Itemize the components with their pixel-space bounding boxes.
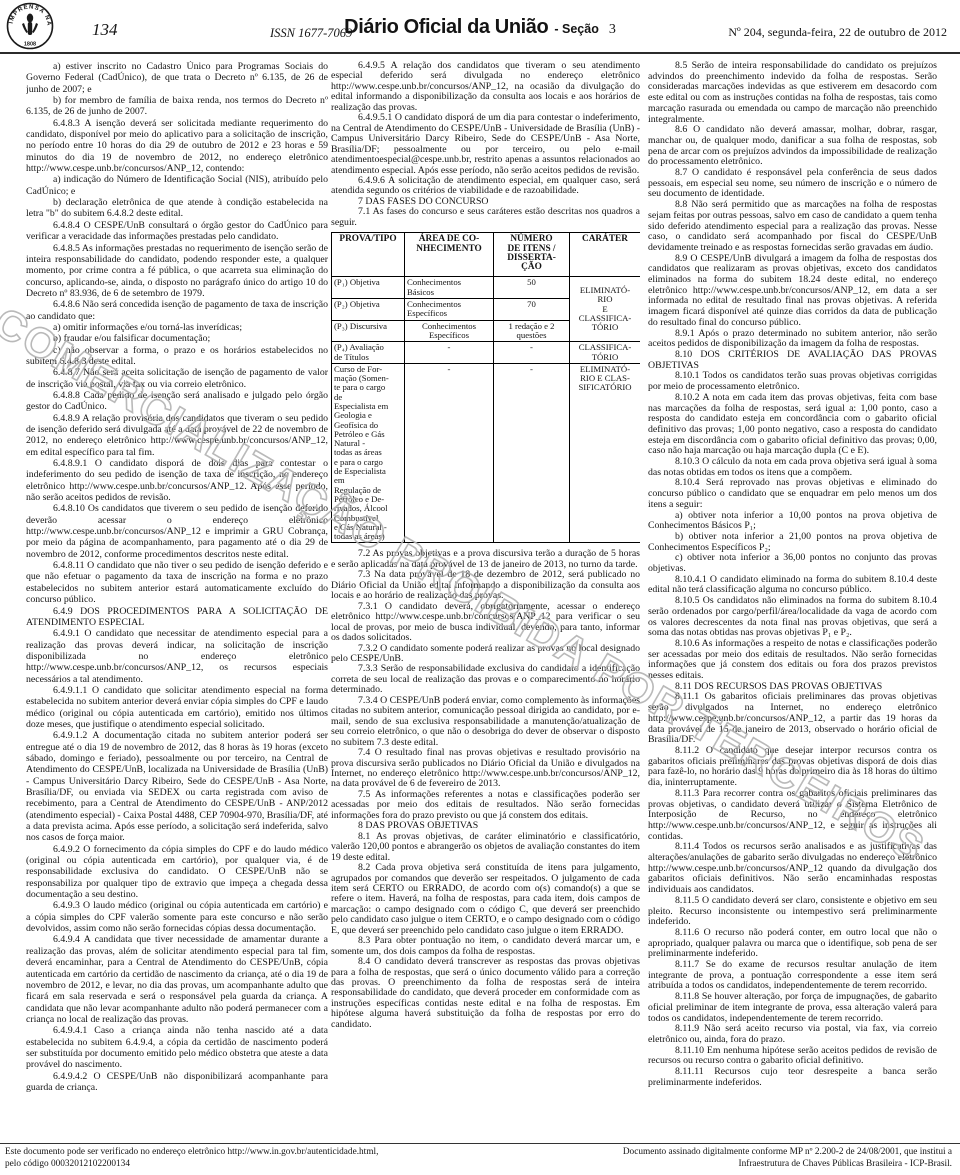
column-middle-bottom: 7.2 As provas objetivas e a prova discur… (331, 549, 640, 1030)
paragraph: 8.10.4.1 O candidato eliminado na forma … (648, 575, 937, 596)
page-number: 134 (92, 20, 118, 40)
issn: ISSN 1677-7069 (270, 26, 352, 41)
table-cell: - (494, 363, 570, 543)
paragraph: 8.11.9 Não será aceito recurso via posta… (648, 1024, 937, 1045)
paragraph: 8.11.2 O candidato que desejar interpor … (648, 746, 937, 789)
paragraph: 8.10 DOS CRITÉRIOS DE AVALIAÇÃO DAS PROV… (648, 350, 937, 371)
paragraph: 6.4.9.1.2 A documentação citada no subit… (26, 730, 328, 843)
section-number: 3 (609, 22, 616, 37)
paragraph: 8.10.4 Será reprovado nas provas objetiv… (648, 478, 937, 510)
footer-signature-line2: Infraestrutura de Chaves Públicas Brasil… (623, 1159, 952, 1171)
paragraph: 6.4.8.6 Não será concedida isenção de pa… (26, 299, 328, 322)
paragraph: 6.4.9.5 A relação dos candidatos que tiv… (331, 61, 640, 113)
table-cell: ELIMINATÓ- RIO E CLASSIFICA- TÓRIO (570, 277, 641, 342)
table-cell: - (405, 363, 494, 543)
paragraph: 7.3 Na data provável de 18 de dezembro d… (331, 570, 640, 601)
paragraph: 8.10.2 A nota em cada item das provas ob… (648, 393, 937, 457)
logo-year: 1808 (24, 42, 36, 48)
footer-verification-line1: Este documento pode ser verificado no en… (5, 1147, 378, 1159)
paragraph: 8.11.1 Os gabaritos oficiais preliminare… (648, 692, 937, 746)
edition-date: Nº 204, segunda-feira, 22 de outubro de … (728, 25, 947, 40)
paragraph: 6.4.8.3 A isenção deverá ser solicitada … (26, 118, 328, 175)
paragraph: 8.11.7 Se do exame de recursos resultar … (648, 960, 937, 992)
table-cell: Conhecimentos Básicos (405, 277, 494, 299)
paragraph: b) declaração eletrônica de que atende à… (26, 197, 328, 220)
paragraph: 8.11.3 Para recorrer contra os gabaritos… (648, 789, 937, 843)
imprensa-nacional-logo: IMPRENSA NACIONAL 1808 (6, 1, 54, 56)
table-header-row: PROVA/TIPOÁREA DE CO- NHECIMENTONÚMERO D… (332, 233, 641, 277)
paragraph: 7.5 As informações referentes a notas e … (331, 790, 640, 821)
table-cell: - (405, 342, 494, 364)
paragraph: a) obtiver nota inferior a 10,00 pontos … (648, 511, 937, 532)
paragraph: 6.4.9.1.1 O candidato que solicitar aten… (26, 685, 328, 730)
paragraph: 6.4.8.8 Cada pedido de isenção será anal… (26, 390, 328, 413)
footer-rule (0, 1143, 960, 1144)
paragraph: 8.8 Não será permitido que as marcações … (648, 200, 937, 254)
table-cell: Conhecimentos Específicos (405, 320, 494, 342)
paragraph: 6.4.8.9.1 O candidato disporá de dois di… (26, 458, 328, 503)
paragraph: 6.4.8.10 Os candidatos que tiverem o seu… (26, 503, 328, 560)
table-row: Curso de For- mação (Somen- te para o ca… (332, 363, 641, 543)
table-cell: (P₁) Objetiva (332, 277, 405, 299)
paragraph: 8.7 O candidato é responsável pela confe… (648, 168, 937, 200)
paragraph: b) obtiver nota inferior a 21,00 pontos … (648, 532, 937, 553)
paragraph: 6.4.9.1 O candidato que necessitar de at… (26, 628, 328, 685)
paragraph: 8.10.3 O cálculo da nota em cada prova o… (648, 457, 937, 478)
footer-verification-code: pelo código 00032012102200134 (5, 1159, 378, 1171)
fases-do-concurso-table: PROVA/TIPOÁREA DE CO- NHECIMENTONÚMERO D… (331, 232, 640, 543)
paragraph: 6.4.8.7 Não será aceita solicitação de i… (26, 367, 328, 390)
paragraph: 8.11.5 O candidato deverá ser claro, con… (648, 896, 937, 928)
column-middle: 6.4.9.5 A relação dos candidatos que tiv… (331, 61, 640, 1141)
paragraph: 7.1 As fases do concurso e seus carátere… (331, 207, 640, 228)
column-left: a) estiver inscrito no Cadastro Único pa… (26, 61, 328, 1141)
table-row: (P₄) Avaliação de Títulos--CLASSIFICA- T… (332, 342, 641, 364)
table-row: (P₁) ObjetivaConhecimentos Básicos50ELIM… (332, 277, 641, 299)
paragraph: 6.4.8.9 A relação provisória dos candida… (26, 413, 328, 458)
footer-verification: Este documento pode ser verificado no en… (5, 1147, 378, 1170)
paragraph: b) for membro de família de baixa renda,… (26, 95, 328, 118)
table-cell: Curso de For- mação (Somen- te para o ca… (332, 363, 405, 543)
paragraph: 8.9.1 Após o prazo determinado no subite… (648, 329, 937, 350)
paragraph: 8.10.6 As informações a respeito de nota… (648, 639, 937, 682)
paragraph: 6.4.8.4 O CESPE/UnB consultará o órgão g… (26, 220, 328, 243)
paragraph: 7.2 As provas objetivas e a prova discur… (331, 549, 640, 570)
paragraph: 6.4.9 DOS PROCEDIMENTOS PARA A SOLICITAÇ… (26, 606, 328, 629)
paragraph: 7.3.1 O candidato deverá, obrigatoriamen… (331, 602, 640, 644)
column-right: 8.5 Serão de inteira responsabilidade do… (648, 61, 937, 1141)
paragraph: 7.3.3 Serão de responsabilidade exclusiv… (331, 664, 640, 695)
table-cell: 1 redação e 2 questões (494, 320, 570, 342)
table-cell: - (494, 342, 570, 364)
paragraph: 8.9 O CESPE/UnB divulgará a imagem da fo… (648, 254, 937, 329)
section-label: - Seção (554, 22, 598, 36)
paragraph: c) não observar a forma, o prazo e os ho… (26, 345, 328, 368)
paragraph: 7.3.4 O CESPE/UnB poderá enviar, como co… (331, 696, 640, 748)
paragraph: c) obtiver nota inferior a 36,00 pontos … (648, 553, 937, 574)
table-cell: 70 (494, 299, 570, 321)
paragraph: 8.5 Serão de inteira responsabilidade do… (648, 61, 937, 125)
table-header-cell: PROVA/TIPO (332, 233, 405, 277)
paragraph: 6.4.8.11 O candidato que não tiver o seu… (26, 560, 328, 605)
paragraph: 6.4.9.3 O laudo médico (original ou cópi… (26, 900, 328, 934)
table-cell: (P₄) Avaliação de Títulos (332, 342, 405, 364)
paragraph: 8.10.1 Todos os candidatos terão suas pr… (648, 371, 937, 392)
paragraph: 8.3 Para obter pontuação no item, o cand… (331, 936, 640, 957)
table-header-cell: ÁREA DE CO- NHECIMENTO (405, 233, 494, 277)
footer-signature: Documento assinado digitalmente conforme… (623, 1147, 952, 1170)
torch-icon (22, 14, 38, 36)
paragraph: 8.4 O candidato deverá transcrever as re… (331, 957, 640, 1030)
table-cell: ELIMINATÓ- RIO E CLAS- SIFICATÓRIO (570, 363, 641, 543)
paragraph: 8.11.8 Se houver alteração, por força de… (648, 992, 937, 1024)
paragraph: 6.4.9.5.1 O candidato disporá de um dia … (331, 113, 640, 176)
paragraph: 8.11.6 O recurso não poderá conter, em o… (648, 928, 937, 960)
paragraph: 8.11.10 Em nenhuma hipótese serão aceito… (648, 1046, 937, 1067)
paragraph: a) indicação do Número de Identificação … (26, 174, 328, 197)
paragraph: 6.4.9.4 A candidata que tiver necessidad… (26, 934, 328, 1025)
paragraph: 8.11.4 Todos os recursos serão analisado… (648, 842, 937, 896)
paragraph: 8.2 Cada prova objetiva será constituída… (331, 863, 640, 936)
paragraph: 7.3.2 O candidato somente poderá realiza… (331, 644, 640, 665)
table-cell: Conhecimentos Específicos (405, 299, 494, 321)
table-cell: (P₃) Discursiva (332, 320, 405, 342)
paragraph: 6.4.9.4.1 Caso a criança ainda não tenha… (26, 1025, 328, 1070)
paragraph: 8.10.5 Os candidatos não eliminados na f… (648, 596, 937, 639)
column-middle-top: 6.4.9.5 A relação dos candidatos que tiv… (331, 61, 640, 228)
paragraph: a) estiver inscrito no Cadastro Único pa… (26, 61, 328, 95)
header-rule (0, 52, 960, 54)
paragraph: b) fraudar e/ou falsificar documentação; (26, 333, 328, 344)
paragraph: 8.6 O candidato não deverá amassar, molh… (648, 125, 937, 168)
paragraph: 6.4.9.2 O fornecimento da cópia simples … (26, 844, 328, 901)
table-cell: 50 (494, 277, 570, 299)
table-header-cell: CARÁTER (570, 233, 641, 277)
footer-signature-line1: Documento assinado digitalmente conforme… (623, 1147, 952, 1159)
paragraph: 8.11.11 Recursos cujo teor desrespeite a… (648, 1067, 937, 1088)
table-header-cell: NÚMERO DE ITENS / DISSERTA- ÇÃO (494, 233, 570, 277)
paragraph: 6.4.9.4.2 O CESPE/UnB não disponibilizar… (26, 1071, 328, 1094)
paragraph: 7.4 O resultado final nas provas objetiv… (331, 748, 640, 790)
table-cell: (P₂) Objetiva (332, 299, 405, 321)
paragraph: 6.4.8.5 As informações prestadas no requ… (26, 243, 328, 300)
masthead: Diário Oficial da União- Seção3 (344, 16, 616, 39)
gazette-page: IMPRENSA NACIONAL 1808 134 ISSN 1677-706… (0, 0, 960, 1175)
paragraph: 6.4.9.6 A solicitação de atendimento esp… (331, 176, 640, 197)
table-cell: CLASSIFICA- TÓRIO (570, 342, 641, 364)
gazette-title: Diário Oficial da União (344, 16, 548, 38)
paragraph: a) omitir informações e/ou torná-las inv… (26, 322, 328, 333)
paragraph: 8.1 As provas objetivas, de caráter elim… (331, 832, 640, 863)
